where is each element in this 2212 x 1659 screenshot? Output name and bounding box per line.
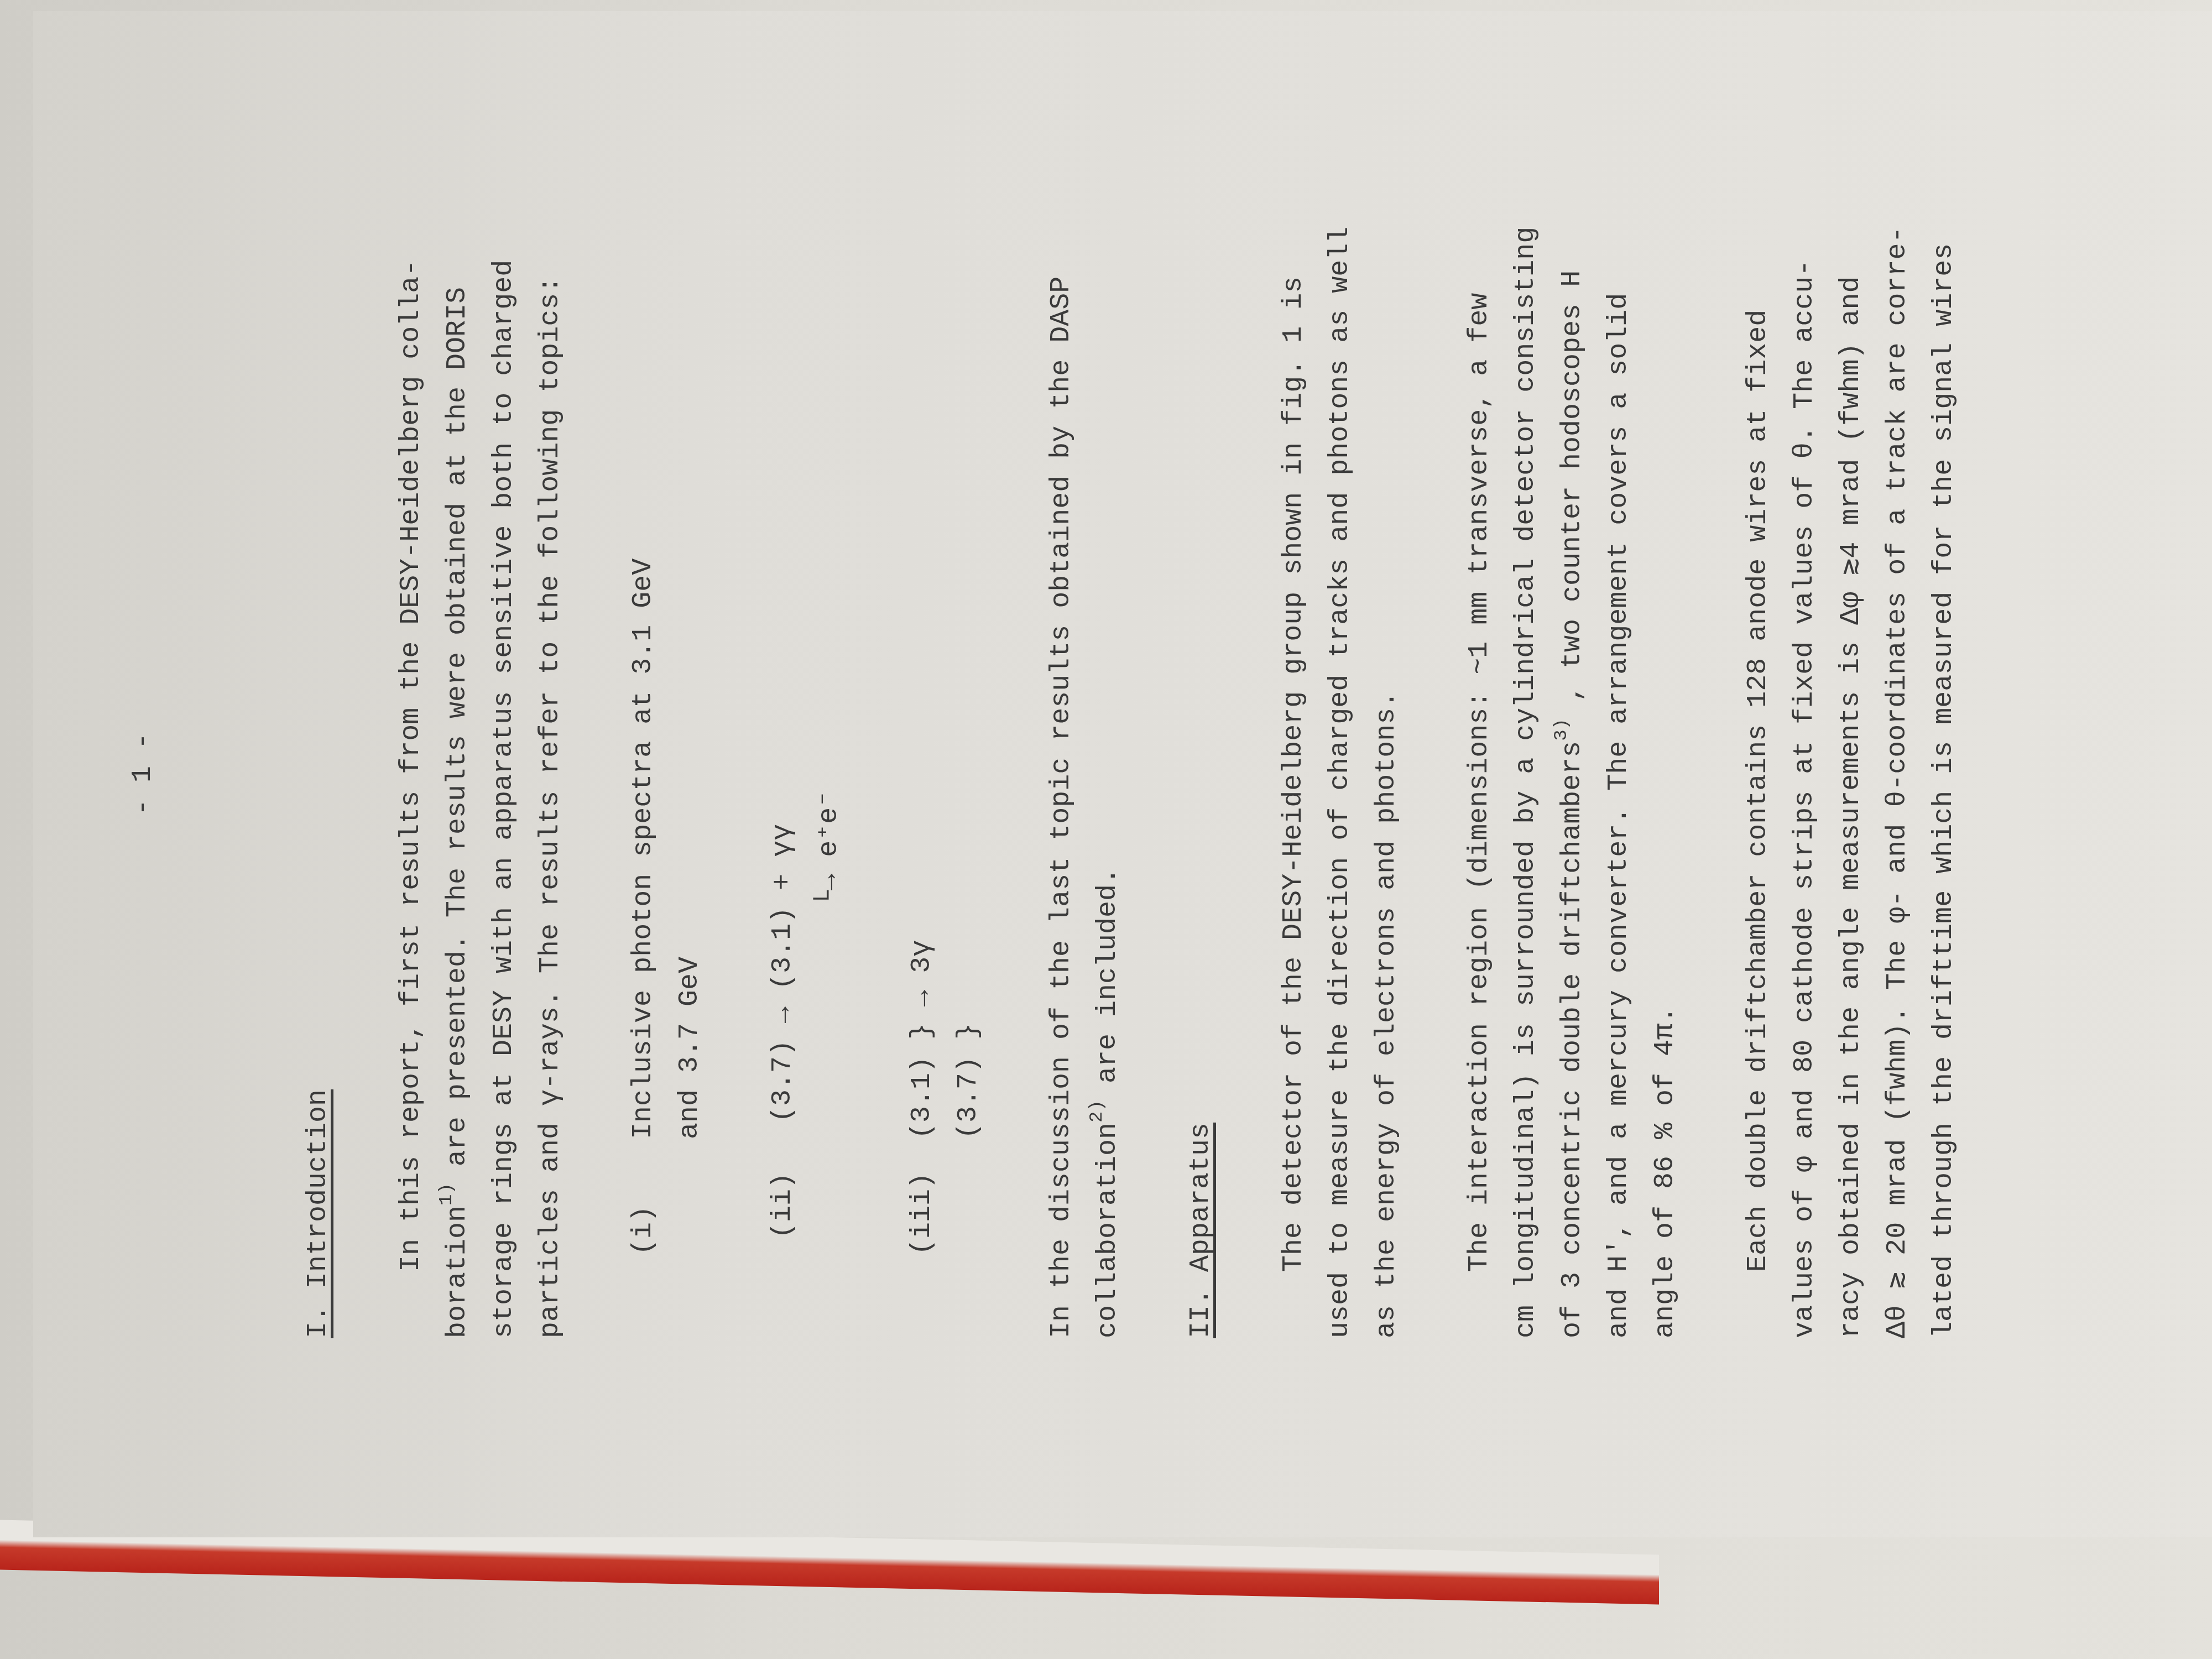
paper-sheet: - 1 - I. Introduction In this report, fi… bbox=[33, 11, 2212, 1537]
page-number: - 1 - bbox=[127, 28, 159, 1521]
section-heading: I. Introduction bbox=[302, 1089, 334, 1338]
document-page: - 1 - I. Introduction In this report, fi… bbox=[105, 28, 2151, 1521]
section-heading: II. Apparatus bbox=[1185, 1123, 1217, 1338]
introduction-section: I. Introduction In this report, first re… bbox=[249, 94, 1968, 1338]
